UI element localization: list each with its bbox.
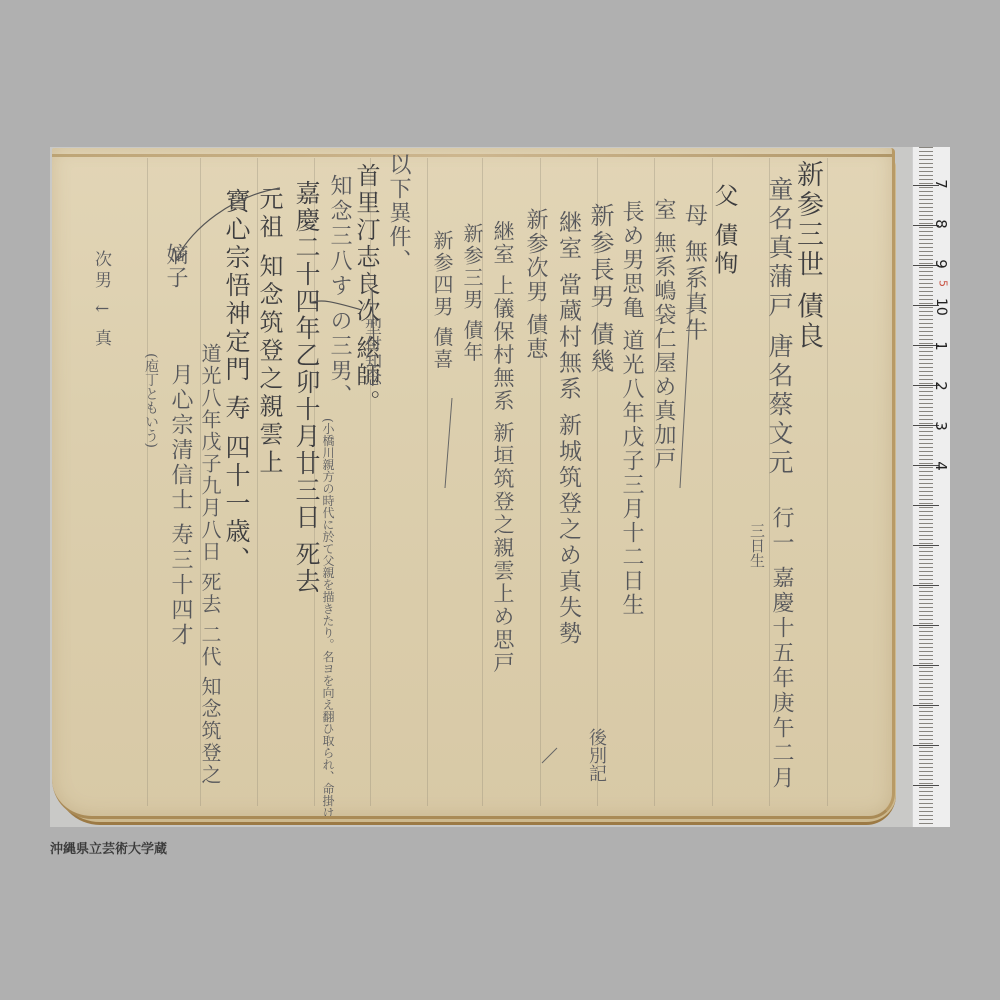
text-column-third-son-of: 知念三八す の三男、 (328, 174, 350, 409)
ruler-label: 1 (932, 339, 950, 353)
text-annotation-note: (小橋川親方の時代に於て父親を描きたり。名ヨを向え翻ひ取られ、命掛けで肉親せりと… (320, 418, 335, 819)
text-column-second-son-note: 次男 ↓ 真 (92, 250, 109, 350)
text-column-title: 新参三世 債良 (794, 160, 821, 352)
text-column-father: 父 債恂 (712, 183, 736, 279)
text-column-founder: 元祖 知念筑登之親雲上 (257, 186, 281, 478)
ruler-label: 7 (932, 177, 950, 191)
ruler-label: 9 (932, 257, 950, 271)
text-column-third-wife: 継室 上儀保村無系 新垣筑登之親雲上め思戸 (492, 220, 513, 674)
text-column-eldest-daughter: 長め男思亀 道光八年戊子三月十二日生 (620, 200, 642, 617)
ruler-label: 2 (932, 379, 950, 393)
ruled-line (827, 158, 828, 806)
ruler-label: 10 (933, 298, 949, 312)
ruler-label-accent: 5 (937, 277, 950, 291)
text-column-death-date: 嘉慶二十四年乙卯十月廿三日 死去 (294, 180, 319, 595)
text-column-heir: 嫡子 (164, 243, 186, 289)
ruler-ticks (919, 147, 933, 827)
ruled-line (427, 158, 428, 806)
text-column-childhood-name: 童名真蒲戸 唐名蔡文元 (767, 176, 792, 478)
notebook-page: 新参三世 債良 童名真蒲戸 唐名蔡文元 行一 嘉慶十五年庚午二月 三日生 父 債… (52, 148, 895, 819)
text-column-eldest-son: 新参長男 債幾 (588, 203, 612, 376)
ruler-major-tick (913, 505, 939, 506)
ruled-line (147, 158, 148, 806)
text-column-second-gen-death: 道光八年戊子九月八日 死去 二代 知念筑登之 (200, 343, 220, 786)
text-column-wife: 室 無系嶋袋仁屋め真加戸 (652, 198, 674, 471)
text-column-birth-date: 行一 嘉慶十五年庚午二月 (770, 506, 792, 791)
page-top-edge (52, 154, 892, 157)
text-column-mother: 母 無系真牛 (682, 203, 705, 343)
ruler-label: 3 (932, 419, 950, 433)
ruler-major-tick (913, 585, 939, 586)
ruler-major-tick (913, 665, 939, 666)
text-column-fourth-son: 新参四男 債喜 (432, 230, 452, 370)
ruler-major-tick (913, 545, 939, 546)
text-column-heading-below: 以下異件、 (387, 153, 409, 273)
ruler-major-tick (913, 745, 939, 746)
ruler-major-tick (913, 785, 939, 786)
text-column-birth-day: 三日生 (749, 523, 764, 568)
text-column-pattern-dyer: 型付知念 (362, 318, 379, 386)
text-column-third-son: 新参三男 債年 (462, 223, 482, 363)
ruler-major-tick (913, 625, 939, 626)
text-column-second-wife: 継室 當蔵村無系 新城筑登之め真失勢 (556, 210, 579, 647)
text-column-separate-record: 後別記 (587, 728, 605, 782)
text-column-second-gen-posthumous: 月心宗清信士 寿三十四才 (169, 363, 191, 648)
measurement-ruler: 7 8 9 5 10 1 2 3 4 (912, 147, 950, 827)
ruler-major-tick (913, 705, 939, 706)
text-column-second-son: 新参次男 債恵 (524, 208, 546, 361)
collection-credit-caption: 沖縄県立芸術大学蔵 (50, 838, 167, 857)
ruler-label: 8 (932, 217, 950, 231)
text-column-also-called: (庖丁ともいう) (144, 353, 158, 448)
ruler-label: 4 (932, 459, 950, 473)
text-column-posthumous-name: 寶心宗悟神定門 寿 四十一歳、 (224, 188, 249, 574)
